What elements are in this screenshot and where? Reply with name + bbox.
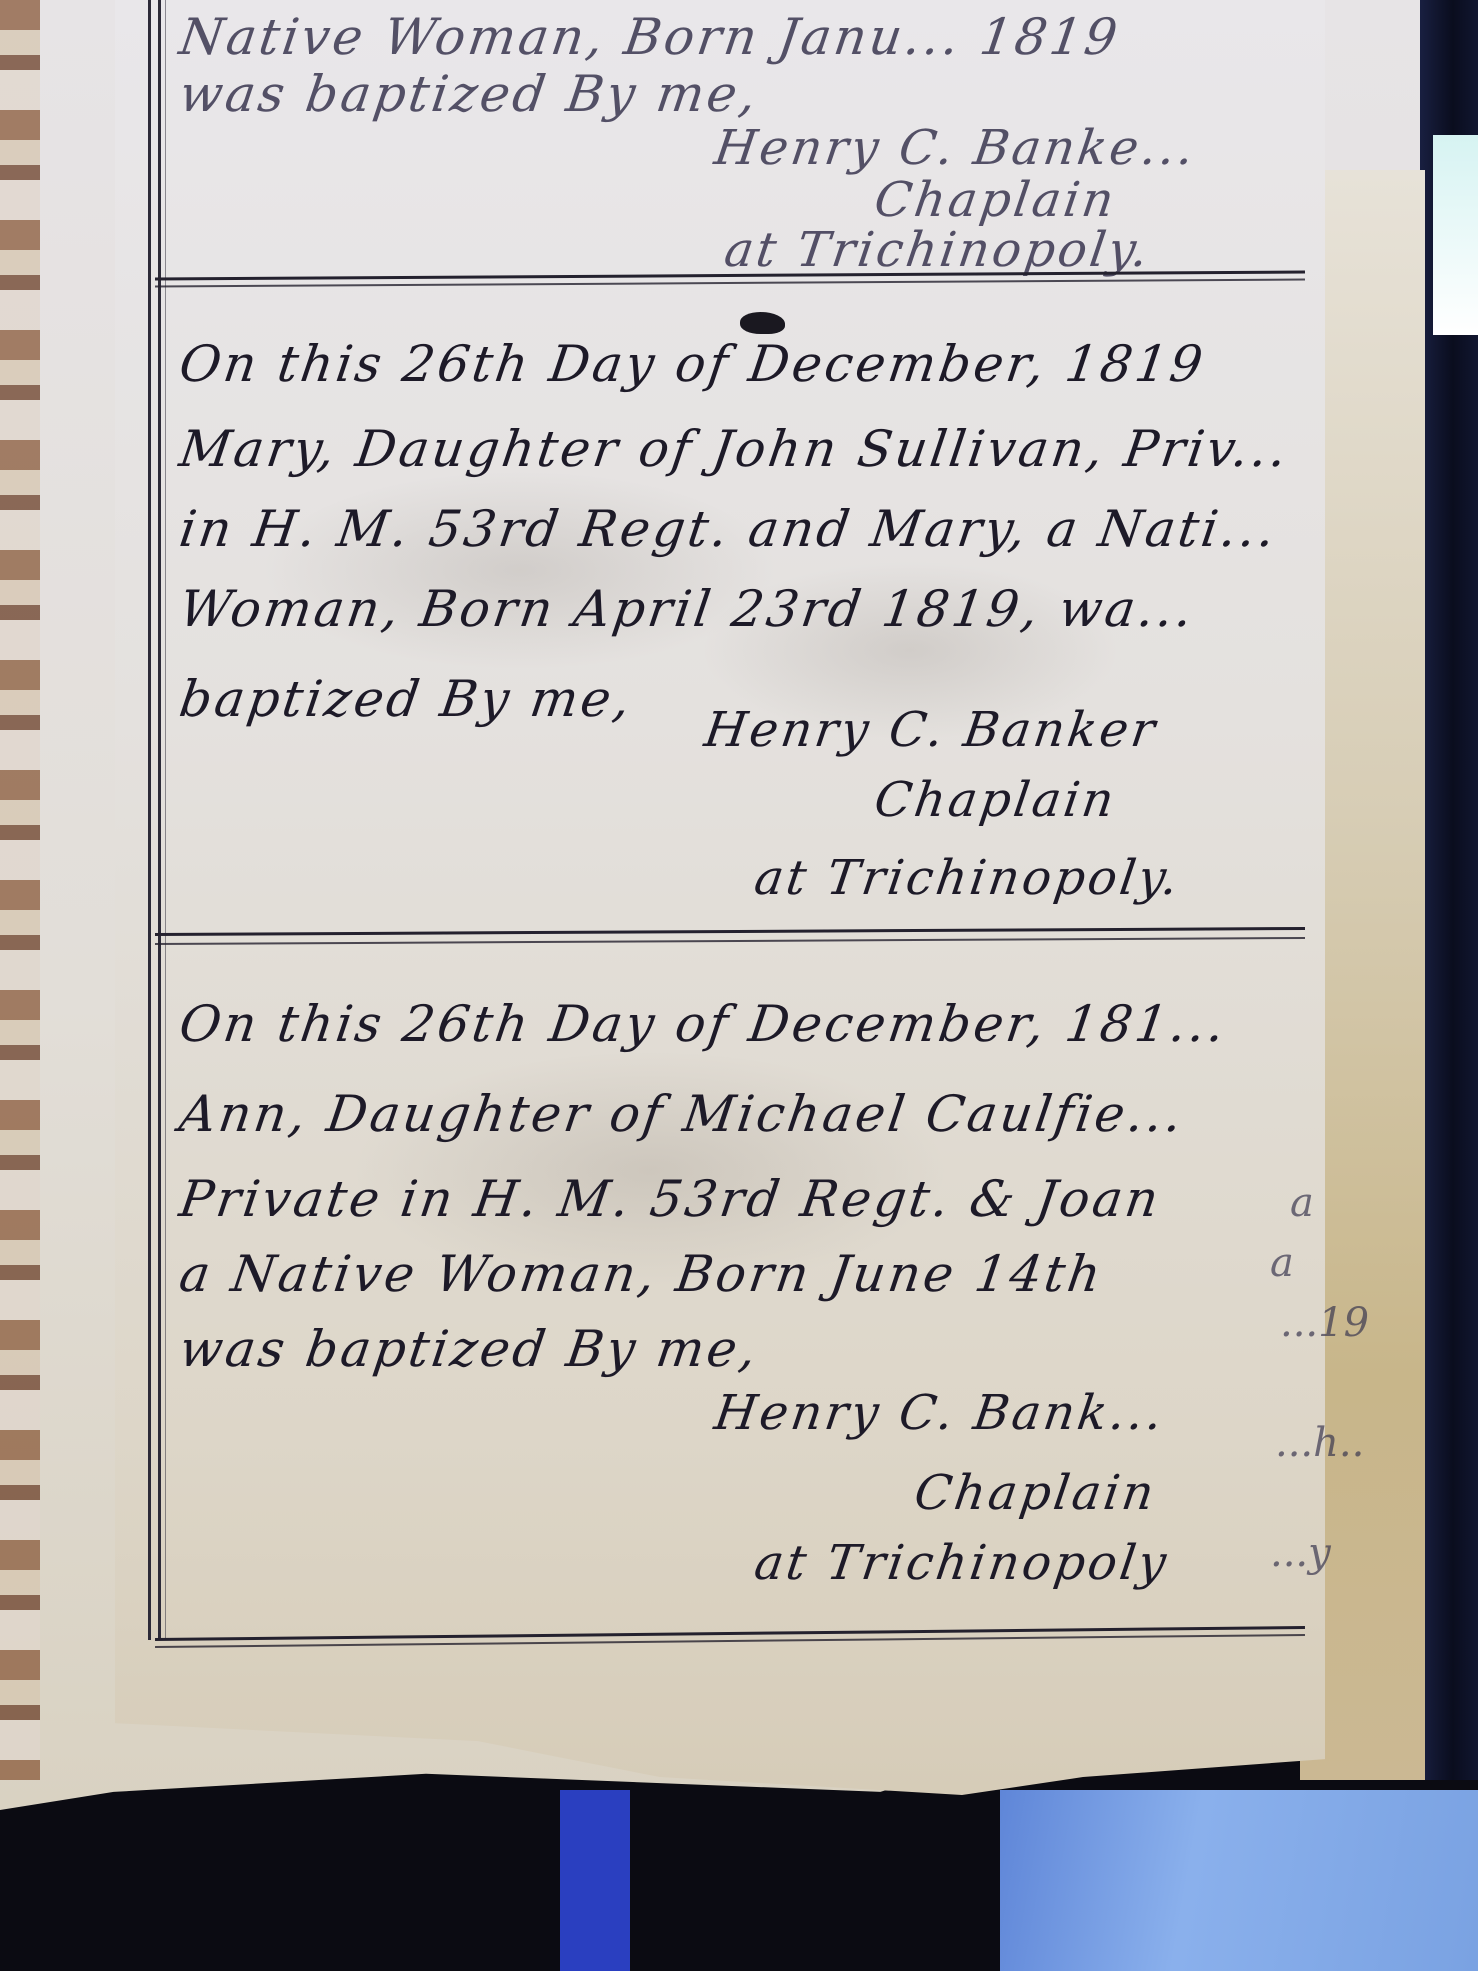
entry-text-line: On this 26th Day of December, 181... bbox=[176, 995, 1231, 1053]
signature-place: at Trichinopoly. bbox=[721, 222, 1154, 278]
entry-text-line: in H. M. 53rd Regt. and Mary, a Nati... bbox=[176, 500, 1281, 558]
entry-text-line: a Native Woman, Born June 14th bbox=[176, 1245, 1107, 1303]
signature-name: Henry C. Banke... bbox=[711, 120, 1200, 176]
entry-text-line: was baptized By me, bbox=[176, 65, 763, 123]
margin-fragment: a bbox=[1270, 1240, 1294, 1286]
signature-place: at Trichinopoly bbox=[751, 1535, 1172, 1591]
entry-divider bbox=[155, 937, 1305, 945]
entry-text-line: Mary, Daughter of John Sullivan, Priv... bbox=[176, 420, 1293, 478]
signature-name: Henry C. Banker bbox=[701, 702, 1161, 758]
margin-fragment: ...19 bbox=[1280, 1300, 1369, 1346]
margin-fragment: a bbox=[1290, 1180, 1314, 1226]
signature-title: Chaplain bbox=[871, 172, 1120, 228]
entry-text-line: Private in H. M. 53rd Regt. & Joan bbox=[176, 1170, 1165, 1228]
background-blue-fabric bbox=[560, 1790, 630, 1971]
torn-left-edge bbox=[0, 0, 40, 1780]
entry-text-line: baptized By me, bbox=[176, 670, 637, 728]
background-window-light bbox=[1433, 135, 1478, 335]
entry-text-line: Woman, Born April 23rd 1819, wa... bbox=[176, 580, 1199, 638]
signature-title: Chaplain bbox=[871, 772, 1120, 828]
signature-title: Chaplain bbox=[911, 1465, 1160, 1521]
signature-name: Henry C. Bank... bbox=[711, 1385, 1169, 1441]
register-entry: On this 26th Day of December, 181... Ann… bbox=[155, 945, 1305, 1635]
signature-place: at Trichinopoly. bbox=[751, 850, 1184, 906]
register-entry: On this 26th Day of December, 1819 Mary,… bbox=[155, 290, 1305, 930]
entry-text-line: was baptized By me, bbox=[176, 1320, 763, 1378]
register-entry: Native Woman, Born Janu... 1819 was bapt… bbox=[155, 0, 1305, 290]
background-light-blue-surface bbox=[1000, 1790, 1478, 1971]
margin-fragment: ...y bbox=[1270, 1530, 1331, 1576]
baptism-register: Native Woman, Born Janu... 1819 was bapt… bbox=[155, 0, 1305, 1640]
entry-text-line: Ann, Daughter of Michael Caulfie... bbox=[176, 1085, 1188, 1143]
margin-fragment: ...h.. bbox=[1275, 1420, 1364, 1466]
entry-text-line: On this 26th Day of December, 1819 bbox=[176, 335, 1209, 393]
entry-text-line: Native Woman, Born Janu... 1819 bbox=[176, 8, 1124, 66]
frame-border-left-outer bbox=[148, 0, 151, 1640]
